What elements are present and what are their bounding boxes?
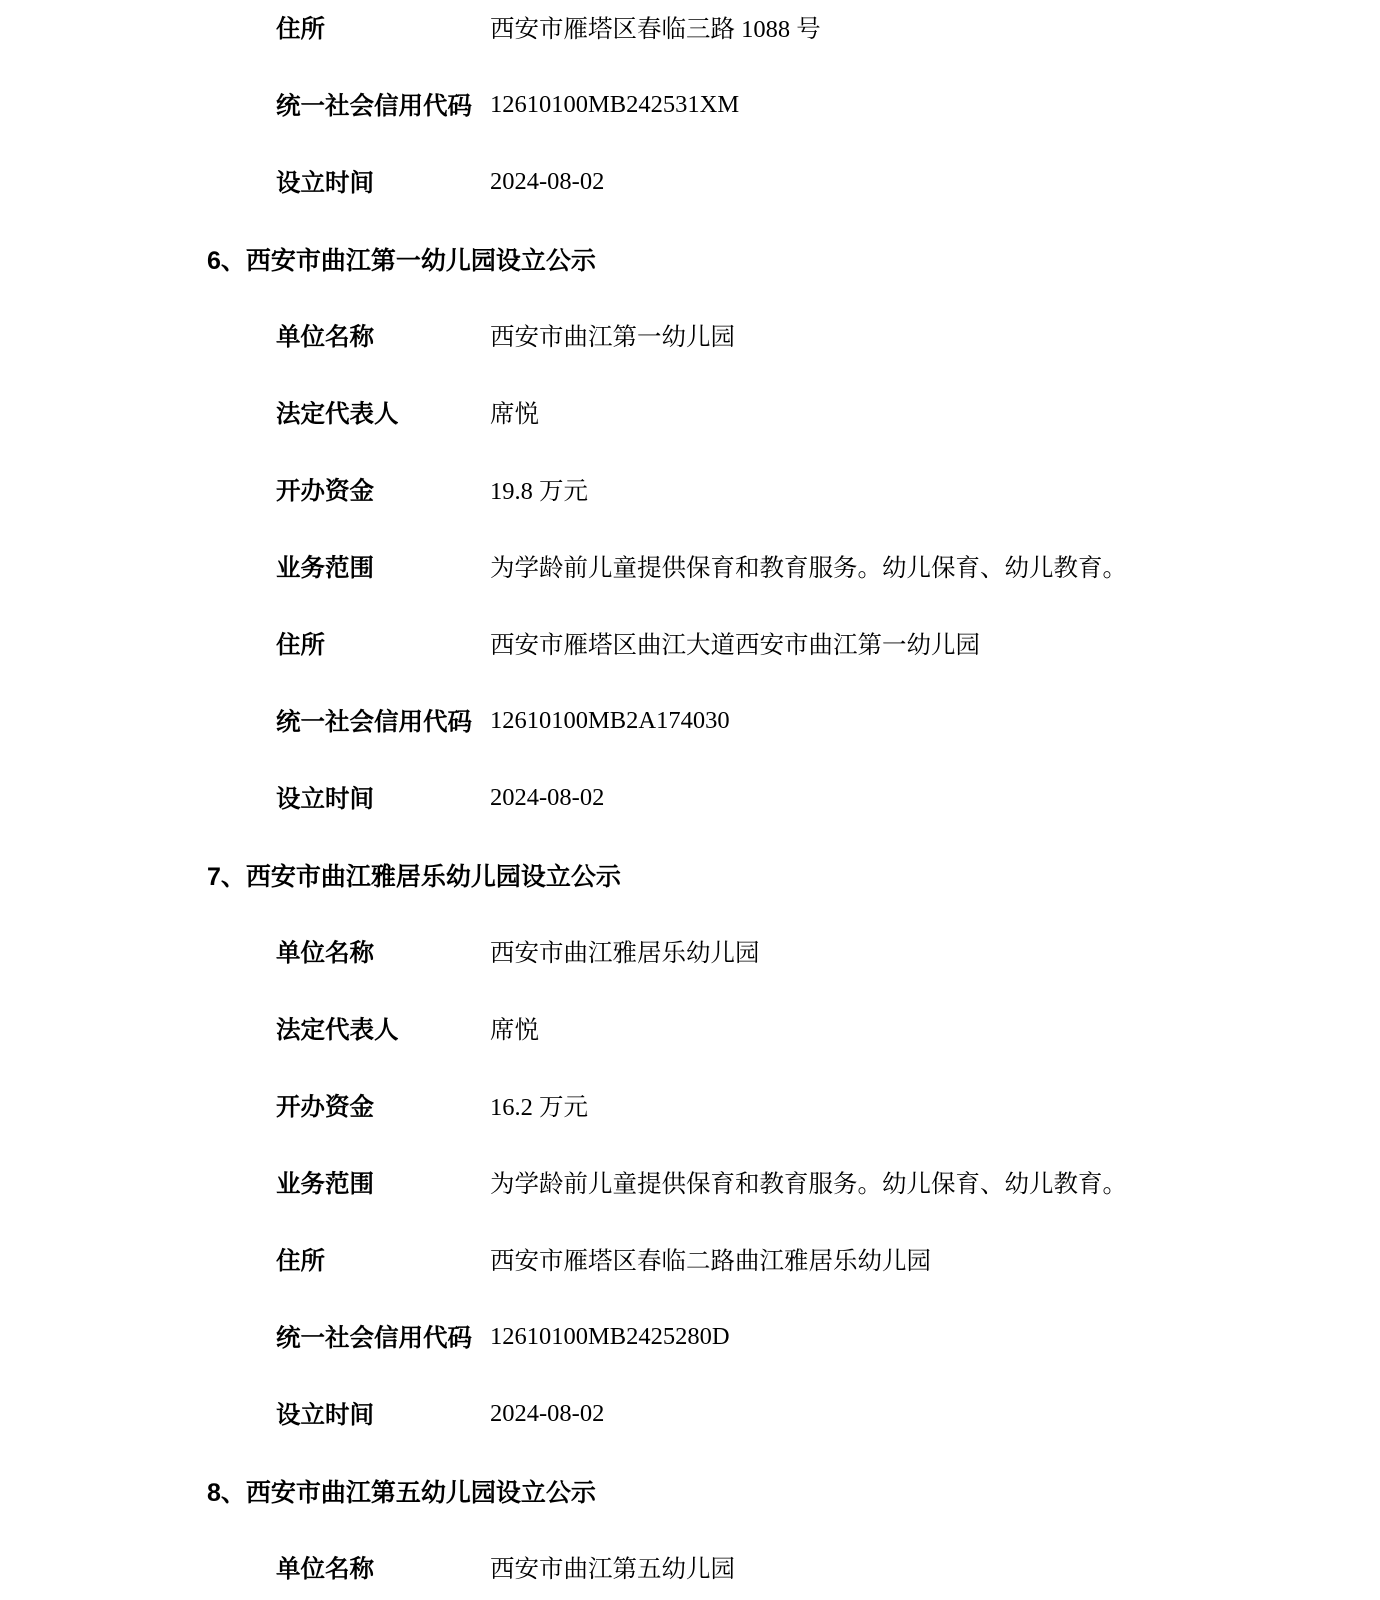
field-label: 住所 xyxy=(276,626,490,661)
field-label: 设立时间 xyxy=(276,1396,490,1431)
field-label: 单位名称 xyxy=(276,1550,490,1585)
field-label: 统一社会信用代码 xyxy=(276,1319,490,1354)
field-label: 统一社会信用代码 xyxy=(276,87,490,122)
field-value: 12610100MB2A174030 xyxy=(490,707,730,735)
field-label: 业务范围 xyxy=(276,549,490,584)
field-label: 法定代表人 xyxy=(276,395,490,430)
registered-capital-row: 开办资金 19.8 万元 xyxy=(0,451,1380,528)
field-value: 西安市曲江第五幼儿园 xyxy=(490,1550,735,1585)
field-label: 住所 xyxy=(276,1242,490,1277)
field-label: 统一社会信用代码 xyxy=(276,703,490,738)
field-label: 开办资金 xyxy=(276,1088,490,1123)
field-label: 住所 xyxy=(276,10,490,45)
field-value: 为学龄前儿童提供保育和教育服务。幼儿保育、幼儿教育。 xyxy=(490,1165,1127,1200)
field-label: 法定代表人 xyxy=(276,1011,490,1046)
business-scope-row: 业务范围 为学龄前儿童提供保育和教育服务。幼儿保育、幼儿教育。 xyxy=(0,528,1380,605)
section-heading-text: 8、西安市曲江第五幼儿园设立公示 xyxy=(207,1473,596,1509)
section-8-heading: 8、西安市曲江第五幼儿园设立公示 xyxy=(0,1452,1380,1529)
field-value: 12610100MB242531XM xyxy=(490,91,739,119)
field-value: 西安市曲江雅居乐幼儿园 xyxy=(490,934,760,969)
section-heading-text: 6、西安市曲江第一幼儿园设立公示 xyxy=(207,241,596,277)
field-label: 单位名称 xyxy=(276,318,490,353)
field-value: 19.8 万元 xyxy=(490,472,588,507)
address-row: 住所 西安市雁塔区曲江大道西安市曲江第一幼儿园 xyxy=(0,605,1380,682)
established-date-row: 设立时间 2024-08-02 xyxy=(0,1375,1380,1452)
unit-name-row: 单位名称 西安市曲江第五幼儿园 xyxy=(0,1529,1380,1600)
section-heading-text: 7、西安市曲江雅居乐幼儿园设立公示 xyxy=(207,857,621,893)
address-row: 住所 西安市雁塔区春临二路曲江雅居乐幼儿园 xyxy=(0,1221,1380,1298)
field-value: 16.2 万元 xyxy=(490,1088,588,1123)
address-row: 住所 西安市雁塔区春临三路 1088 号 xyxy=(0,0,1380,66)
field-label: 开办资金 xyxy=(276,472,490,507)
established-date-row: 设立时间 2024-08-02 xyxy=(0,759,1380,836)
credit-code-row: 统一社会信用代码 12610100MB2A174030 xyxy=(0,682,1380,759)
field-value: 席悦 xyxy=(490,395,539,430)
legal-representative-row: 法定代表人 席悦 xyxy=(0,374,1380,451)
field-label: 设立时间 xyxy=(276,164,490,199)
section-6-heading: 6、西安市曲江第一幼儿园设立公示 xyxy=(0,220,1380,297)
business-scope-row: 业务范围 为学龄前儿童提供保育和教育服务。幼儿保育、幼儿教育。 xyxy=(0,1144,1380,1221)
section-7-heading: 7、西安市曲江雅居乐幼儿园设立公示 xyxy=(0,836,1380,913)
field-value: 西安市曲江第一幼儿园 xyxy=(490,318,735,353)
field-label: 设立时间 xyxy=(276,780,490,815)
field-label: 业务范围 xyxy=(276,1165,490,1200)
field-value: 2024-08-02 xyxy=(490,168,604,196)
credit-code-row: 统一社会信用代码 12610100MB2425280D xyxy=(0,1298,1380,1375)
legal-representative-row: 法定代表人 席悦 xyxy=(0,990,1380,1067)
field-value: 2024-08-02 xyxy=(490,784,604,812)
field-label: 单位名称 xyxy=(276,934,490,969)
field-value: 12610100MB2425280D xyxy=(490,1323,730,1351)
field-value: 西安市雁塔区春临三路 1088 号 xyxy=(490,10,821,45)
field-value: 席悦 xyxy=(490,1011,539,1046)
unit-name-row: 单位名称 西安市曲江雅居乐幼儿园 xyxy=(0,913,1380,990)
field-value: 西安市雁塔区春临二路曲江雅居乐幼儿园 xyxy=(490,1242,931,1277)
credit-code-row: 统一社会信用代码 12610100MB242531XM xyxy=(0,66,1380,143)
field-value: 为学龄前儿童提供保育和教育服务。幼儿保育、幼儿教育。 xyxy=(490,549,1127,584)
document-body: 住所 西安市雁塔区春临三路 1088 号 统一社会信用代码 12610100MB… xyxy=(0,0,1380,1600)
established-date-row: 设立时间 2024-08-02 xyxy=(0,143,1380,220)
document-page: 住所 西安市雁塔区春临三路 1088 号 统一社会信用代码 12610100MB… xyxy=(0,0,1380,1600)
field-value: 2024-08-02 xyxy=(490,1400,604,1428)
registered-capital-row: 开办资金 16.2 万元 xyxy=(0,1067,1380,1144)
unit-name-row: 单位名称 西安市曲江第一幼儿园 xyxy=(0,297,1380,374)
field-value: 西安市雁塔区曲江大道西安市曲江第一幼儿园 xyxy=(490,626,980,661)
